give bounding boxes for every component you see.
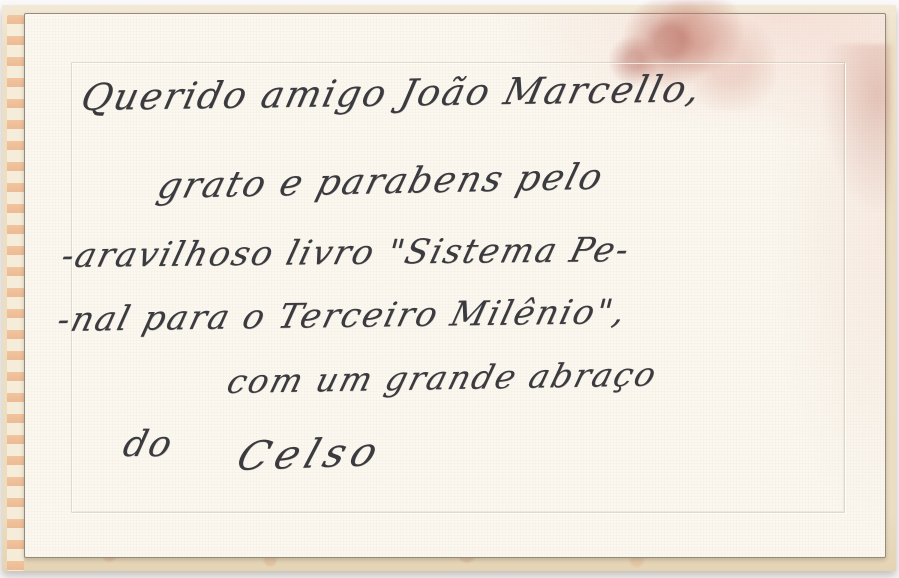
edge-stain: [821, 44, 891, 214]
scanned-note-scene: Querido amigo João Marcello, grato e par…: [0, 0, 899, 578]
handwriting-body-line-3: -nal para o Terceiro Milênio",: [53, 292, 632, 340]
note-card: Querido amigo João Marcello, grato e par…: [24, 13, 886, 558]
handwriting-body-line-1: grato e parabens pelo: [153, 157, 609, 207]
deckle-edge-pattern: [7, 15, 24, 571]
handwriting-closing: com um grande abraço: [223, 355, 662, 401]
handwriting-closing-prefix: do: [119, 424, 178, 465]
handwriting-salutation: Querido amigo João Marcello,: [77, 67, 706, 119]
handwriting-body-line-2: -aravilhoso livro "Sistema Pe-: [57, 230, 635, 276]
embossed-border: [71, 62, 845, 513]
handwriting-signature: Celso: [231, 429, 390, 480]
